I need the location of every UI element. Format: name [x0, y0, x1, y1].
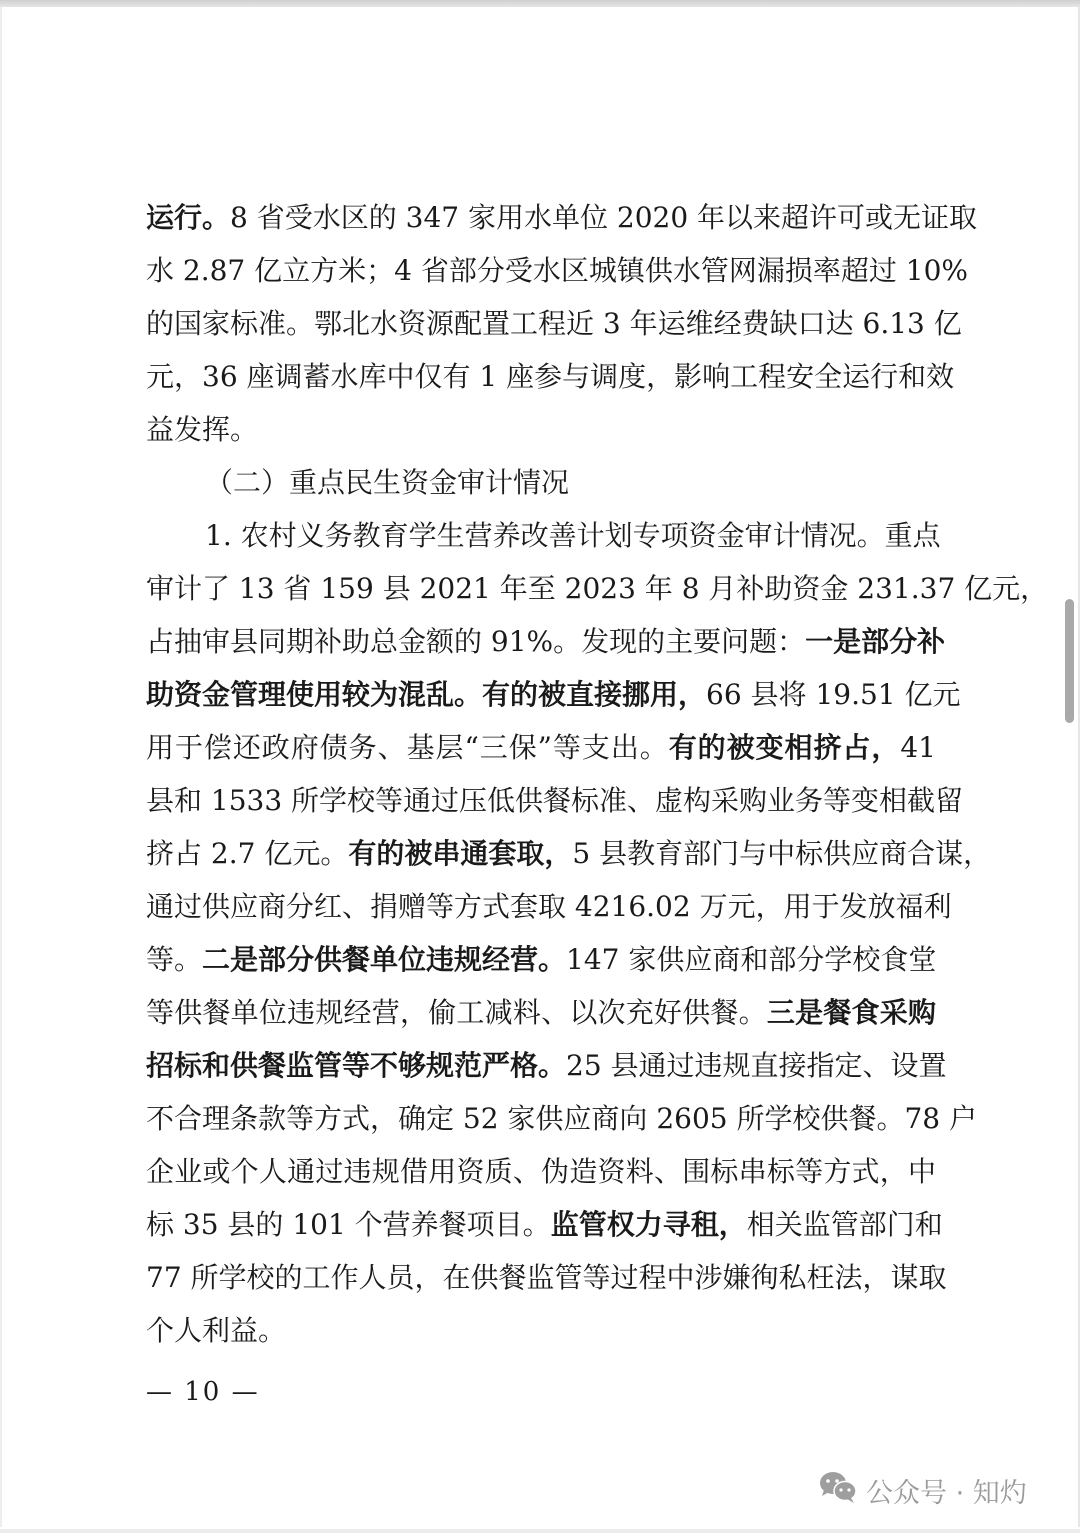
text-line: 77 所学校的工作人员，在供餐监管等过程中涉嫌徇私枉法，谋取 [146, 1258, 936, 1298]
text-segment: 66 县将 19.51 亿元 [706, 678, 961, 711]
page-number: — 10 — [146, 1372, 260, 1412]
bold-text: 一是部分补 [805, 625, 945, 658]
bold-text: 招标和供餐监管等不够规范严格。 [146, 1049, 566, 1082]
text-segment: 标 35 县的 101 个营养餐项目。 [146, 1208, 551, 1241]
text-line: 益发挥。 [146, 410, 936, 450]
text-line: 通过供应商分红、捐赠等方式套取 4216.02 万元，用于发放福利 [146, 887, 936, 927]
bold-text: 有的被变相挤占， [669, 731, 901, 764]
text-segment: 元，36 座调蓄水库中仅有 1 座参与调度，影响工程安全运行和效 [146, 360, 954, 393]
text-line: 运行。8 省受水区的 347 家用水单位 2020 年以来超许可或无证取 [146, 198, 936, 238]
bold-text: 助资金管理使用较为混乱。有的被直接挪用， [146, 678, 706, 711]
text-segment: 25 县通过违规直接指定、设置 [566, 1049, 947, 1082]
section-heading: （二）重点民生资金审计情况 [205, 463, 936, 503]
text-line: 挤占 2.7 亿元。有的被串通套取，5 县教育部门与中标供应商合谋， [146, 834, 936, 874]
text-line: 县和 1533 所学校等通过压低供餐标准、虚构采购业务等变相截留 [146, 781, 936, 821]
text-segment: （二）重点民生资金审计情况 [205, 466, 569, 499]
text-line: 1. 农村义务教育学生营养改善计划专项资金审计情况。重点 [205, 516, 936, 556]
text-line: 审计了 13 省 159 县 2021 年至 2023 年 8 月补助资金 23… [146, 569, 936, 609]
text-segment: 等供餐单位违规经营，偷工减料、以次充好供餐。 [146, 996, 767, 1029]
text-line: 水 2.87 亿立方米；4 省部分受水区城镇供水管网漏损率超过 10% [146, 251, 936, 291]
text-line: 的国家标准。鄂北水资源配置工程近 3 年运维经费缺口达 6.13 亿 [146, 304, 936, 344]
top-shadow-bar [0, 0, 1080, 7]
scrollbar-thumb[interactable] [1065, 599, 1074, 723]
text-segment: 个人利益。 [146, 1314, 286, 1347]
watermark-label: 公众号 · 知灼 [866, 1471, 1027, 1510]
text-segment: 挤占 2.7 亿元。 [146, 837, 348, 870]
text-segment: 1. 农村义务教育学生营养改善计划专项资金审计情况。重点 [205, 519, 941, 552]
text-line: 招标和供餐监管等不够规范严格。25 县通过违规直接指定、设置 [146, 1046, 936, 1086]
text-segment: 等。 [146, 943, 202, 976]
text-segment: 企业或个人通过违规借用资质、伪造资料、围标串标等方式，中 [146, 1155, 936, 1188]
watermark: 公众号 · 知灼 [818, 1470, 1027, 1510]
text-line: 占抽审县同期补助总金额的 91%。发现的主要问题：一是部分补 [146, 622, 936, 662]
text-segment: 县和 1533 所学校等通过压低供餐标准、虚构采购业务等变相截留 [146, 784, 963, 817]
text-segment: 5 县教育部门与中标供应商合谋， [572, 837, 991, 870]
text-line: 不合理条款等方式，确定 52 家供应商向 2605 所学校供餐。78 户 [146, 1099, 936, 1139]
text-segment: 相关监管部门和 [747, 1208, 943, 1241]
text-segment: 通过供应商分红、捐赠等方式套取 4216.02 万元，用于发放福利 [146, 890, 952, 923]
bold-text: 二是部分供餐单位违规经营。 [202, 943, 566, 976]
text-segment: 的国家标准。鄂北水资源配置工程近 3 年运维经费缺口达 6.13 亿 [146, 307, 962, 340]
text-segment: 占抽审县同期补助总金额的 91%。发现的主要问题： [146, 625, 805, 658]
text-line: 企业或个人通过违规借用资质、伪造资料、围标串标等方式，中 [146, 1152, 936, 1192]
text-line: 用于偿还政府债务、基层“三保”等支出。有的被变相挤占，41 [146, 728, 936, 768]
text-segment: 益发挥。 [146, 413, 258, 446]
text-line: 助资金管理使用较为混乱。有的被直接挪用，66 县将 19.51 亿元 [146, 675, 936, 715]
text-segment: 147 家供应商和部分学校食堂 [566, 943, 936, 976]
text-segment: 41 [900, 731, 936, 764]
text-line: 等。二是部分供餐单位违规经营。147 家供应商和部分学校食堂 [146, 940, 936, 980]
text-segment: 审计了 13 省 159 县 2021 年至 2023 年 8 月补助资金 23… [146, 572, 1048, 605]
bold-text: 运行。 [146, 201, 230, 234]
text-segment: 不合理条款等方式，确定 52 家供应商向 2605 所学校供餐。78 户 [146, 1102, 977, 1135]
text-line: 标 35 县的 101 个营养餐项目。监管权力寻租，相关监管部门和 [146, 1205, 936, 1245]
text-segment: 水 2.87 亿立方米；4 省部分受水区城镇供水管网漏损率超过 10% [146, 254, 968, 287]
bold-text: 有的被串通套取， [348, 837, 572, 870]
text-line: 个人利益。 [146, 1311, 936, 1351]
text-line: 等供餐单位违规经营，偷工减料、以次充好供餐。三是餐食采购 [146, 993, 936, 1033]
page-edge-bottom [0, 1529, 1080, 1533]
bold-text: 三是餐食采购 [767, 996, 936, 1029]
wechat-icon [818, 1470, 858, 1511]
text-line: 元，36 座调蓄水库中仅有 1 座参与调度，影响工程安全运行和效 [146, 357, 936, 397]
bold-text: 监管权力寻租， [551, 1208, 747, 1241]
text-segment: 77 所学校的工作人员，在供餐监管等过程中涉嫌徇私枉法，谋取 [146, 1261, 947, 1294]
text-segment: 用于偿还政府债务、基层“三保”等支出。 [146, 731, 669, 764]
page-edge-left [0, 7, 2, 1527]
text-segment: 8 省受水区的 347 家用水单位 2020 年以来超许可或无证取 [230, 201, 977, 234]
